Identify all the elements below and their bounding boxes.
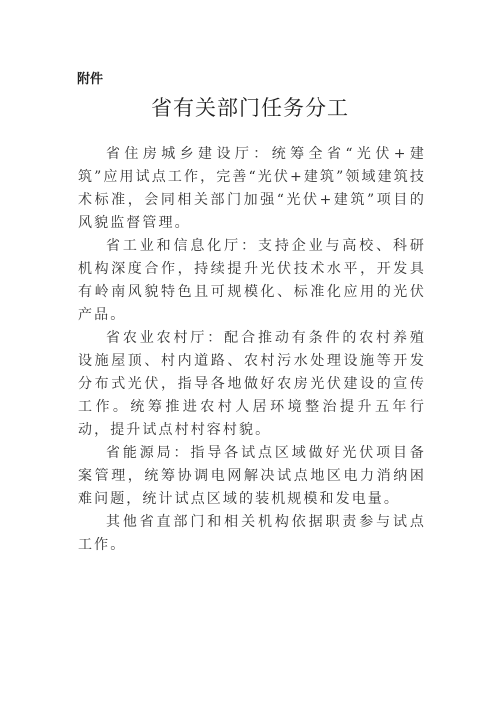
paragraph-agriculture-dept: 省农业农村厅：配合推动有条件的农村养殖设施屋顶、村内道路、农村污水处理设施等开发… xyxy=(78,327,426,442)
paragraph-other-depts: 其他省直部门和相关机构依据职责参与试点工作。 xyxy=(78,511,426,557)
document-page: 附件 省有关部门任务分工 省住房城乡建设厅：统筹全省“光伏+建筑”应用试点工作，… xyxy=(0,0,500,706)
attachment-label: 附件 xyxy=(77,68,103,87)
page-title: 省有关部门任务分工 xyxy=(0,92,500,122)
paragraph-housing-dept: 省住房城乡建设厅：统筹全省“光伏+建筑”应用试点工作，完善“光伏+建筑”领域建筑… xyxy=(78,143,426,235)
document-body: 省住房城乡建设厅：统筹全省“光伏+建筑”应用试点工作，完善“光伏+建筑”领域建筑… xyxy=(78,143,426,557)
paragraph-energy-bureau: 省能源局：指导各试点区域做好光伏项目备案管理，统筹协调电网解决试点地区电力消纳困… xyxy=(78,442,426,511)
paragraph-industry-dept: 省工业和信息化厅：支持企业与高校、科研机构深度合作，持续提升光伏技术水平，开发具… xyxy=(78,235,426,327)
